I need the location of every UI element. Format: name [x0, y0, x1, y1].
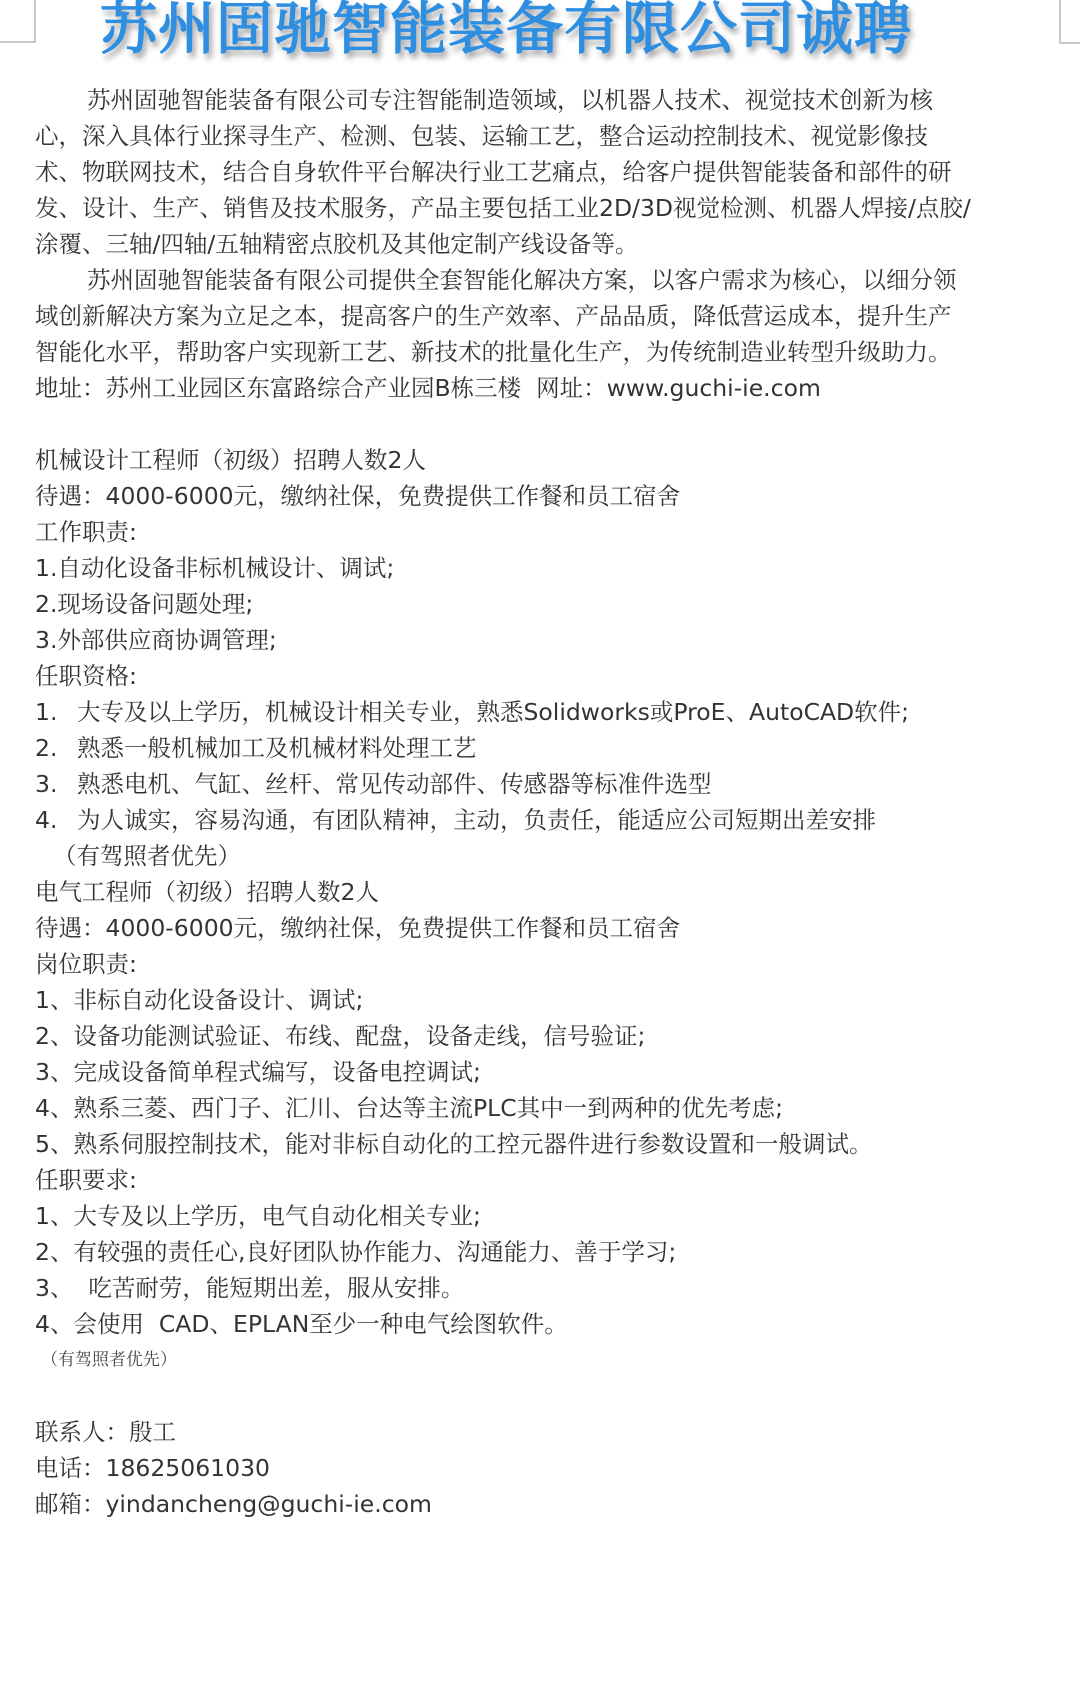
contact-person: 联系人：殷工 — [35, 1414, 1050, 1450]
job-salary: 待遇：4000-6000元，缴纳社保，免费提供工作餐和员工宿舍 — [35, 478, 1050, 514]
phone-label: 电话： — [35, 1454, 106, 1482]
requirement-text: 熟悉一般机械加工及机械材料处理工艺 — [77, 730, 477, 766]
contact-email: 邮箱：yindancheng@guchi-ie.com — [35, 1486, 1050, 1522]
email-label: 邮箱： — [35, 1490, 106, 1518]
duty-item: 3.外部供应商协调管理; — [35, 622, 1050, 658]
job-salary: 待遇：4000-6000元，缴纳社保，免费提供工作餐和员工宿舍 — [35, 910, 1050, 946]
requirements-heading: 任职要求: — [35, 1162, 1050, 1198]
intro-paragraph-1: 苏州固驰智能装备有限公司专注智能制造领域，以机器人技术、视觉技术创新为核 心，深… — [35, 82, 1050, 262]
requirement-number: 1. — [35, 694, 77, 730]
intro-line: 苏州固驰智能装备有限公司专注智能制造领域，以机器人技术、视觉技术创新为核 — [35, 82, 1050, 118]
license-note: （有驾照者优先） — [35, 838, 1050, 874]
intro-line: 发、设计、生产、销售及技术服务，产品主要包括工业2D/3D视觉检测、机器人焊接/… — [35, 190, 1050, 226]
requirement-text: 大专及以上学历，机械设计相关专业，熟悉Solidworks或ProE、AutoC… — [77, 694, 909, 730]
duty-item: 2、设备功能测试验证、布线、配盘，设备走线，信号验证; — [35, 1018, 1050, 1054]
requirement-item: 3、 吃苦耐劳，能短期出差，服从安排。 — [35, 1270, 1050, 1306]
phone-link[interactable]: 18625061030 — [106, 1454, 270, 1482]
crop-mark-left — [0, 0, 36, 43]
page-title: 苏州固驰智能装备有限公司诚聘 — [100, 0, 960, 62]
intro-paragraph-2: 苏州固驰智能装备有限公司提供全套智能化解决方案，以客户需求为核心，以细分领 域创… — [35, 262, 1050, 370]
company-intro: 苏州固驰智能装备有限公司专注智能制造领域，以机器人技术、视觉技术创新为核 心，深… — [35, 82, 1050, 406]
requirement-text: 熟悉电机、气缸、丝杆、常见传动部件、传感器等标准件选型 — [77, 766, 712, 802]
address-line: 地址：苏州工业园区东富路综合产业园B栋三楼 网址：www.guchi-ie.co… — [35, 370, 1050, 406]
address-label: 地址： — [35, 374, 106, 402]
requirement-item: 3. 熟悉电机、气缸、丝杆、常见传动部件、传感器等标准件选型 — [35, 766, 1050, 802]
crop-mark-right — [1059, 0, 1080, 44]
requirement-item: 1、大专及以上学历，电气自动化相关专业; — [35, 1198, 1050, 1234]
website-link[interactable]: www.guchi-ie.com — [607, 374, 821, 402]
requirement-number: 3. — [35, 766, 77, 802]
requirement-item: 2. 熟悉一般机械加工及机械材料处理工艺 — [35, 730, 1050, 766]
intro-line: 涂覆、三轴/四轴/五轴精密点胶机及其他定制产线设备等。 — [35, 226, 1050, 262]
job-title: 机械设计工程师（初级）招聘人数2人 — [35, 442, 1050, 478]
requirement-item: 4. 为人诚实，容易沟通，有团队精神，主动，负责任，能适应公司短期出差安排 — [35, 802, 1050, 838]
duty-item: 2.现场设备问题处理; — [35, 586, 1050, 622]
duty-item: 1、非标自动化设备设计、调试; — [35, 982, 1050, 1018]
intro-line: 域创新解决方案为立足之本，提高客户的生产效率、产品品质，降低营运成本，提升生产 — [35, 298, 1050, 334]
requirement-item: 2、有较强的责任心,良好团队协作能力、沟通能力、善于学习; — [35, 1234, 1050, 1270]
spacer — [35, 1378, 1050, 1414]
requirements-heading: 任职资格: — [35, 658, 1050, 694]
job-title: 电气工程师（初级）招聘人数2人 — [35, 874, 1050, 910]
job-electrical-engineer: 电气工程师（初级）招聘人数2人 待遇：4000-6000元，缴纳社保，免费提供工… — [35, 874, 1050, 1378]
requirement-item: 1. 大专及以上学历，机械设计相关专业，熟悉Solidworks或ProE、Au… — [35, 694, 1050, 730]
contact-info: 联系人：殷工 电话：18625061030 邮箱：yindancheng@guc… — [35, 1414, 1050, 1522]
contact-person-label: 联系人： — [35, 1418, 129, 1446]
intro-line: 智能化水平，帮助客户实现新工艺、新技术的批量化生产，为传统制造业转型升级助力。 — [35, 334, 1050, 370]
requirement-item: 4、会使用 CAD、EPLAN至少一种电气绘图软件。 — [35, 1306, 1050, 1342]
contact-phone: 电话：18625061030 — [35, 1450, 1050, 1486]
duty-item: 1.自动化设备非标机械设计、调试; — [35, 550, 1050, 586]
contact-person-value: 殷工 — [129, 1418, 176, 1446]
document-body: 苏州固驰智能装备有限公司专注智能制造领域，以机器人技术、视觉技术创新为核 心，深… — [35, 82, 1050, 1522]
requirement-text: 为人诚实，容易沟通，有团队精神，主动，负责任，能适应公司短期出差安排 — [77, 802, 876, 838]
address-value: 苏州工业园区东富路综合产业园B栋三楼 — [106, 374, 522, 402]
duty-item: 4、熟系三菱、西门子、汇川、台达等主流PLC其中一到两种的优先考虑; — [35, 1090, 1050, 1126]
website-label: 网址： — [536, 374, 607, 402]
duties-heading: 工作职责: — [35, 514, 1050, 550]
intro-line: 心，深入具体行业探寻生产、检测、包装、运输工艺，整合运动控制技术、视觉影像技 — [35, 118, 1050, 154]
duty-item: 3、完成设备简单程式编写，设备电控调试; — [35, 1054, 1050, 1090]
spacer — [35, 406, 1050, 442]
intro-line: 术、物联网技术，结合自身软件平台解决行业工艺痛点，给客户提供智能装备和部件的研 — [35, 154, 1050, 190]
requirement-number: 4. — [35, 802, 77, 838]
requirement-number: 2. — [35, 730, 77, 766]
email-link[interactable]: yindancheng@guchi-ie.com — [106, 1490, 432, 1518]
intro-line: 苏州固驰智能装备有限公司提供全套智能化解决方案，以客户需求为核心，以细分领 — [35, 262, 1050, 298]
duty-item: 5、熟系伺服控制技术，能对非标自动化的工控元器件进行参数设置和一般调试。 — [35, 1126, 1050, 1162]
job-mechanical-engineer: 机械设计工程师（初级）招聘人数2人 待遇：4000-6000元，缴纳社保，免费提… — [35, 442, 1050, 874]
duties-heading: 岗位职责: — [35, 946, 1050, 982]
license-note: （有驾照者优先） — [35, 1342, 1050, 1378]
